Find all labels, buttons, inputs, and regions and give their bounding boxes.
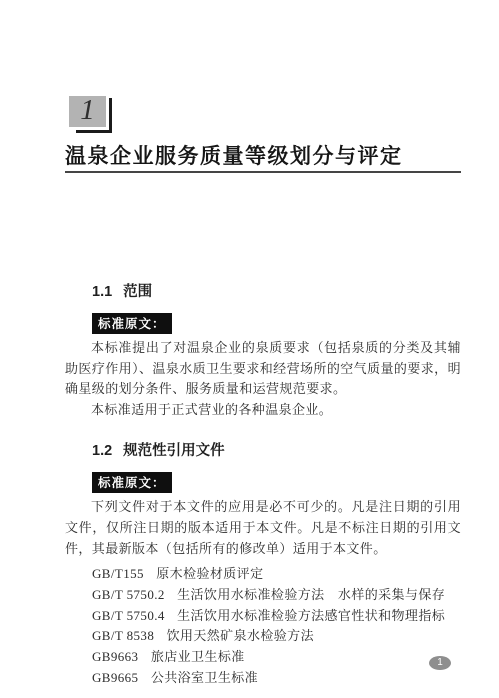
page-number: 1: [437, 657, 443, 668]
reference-code: GB9663: [92, 649, 138, 664]
paragraph: 下列文件对于本文件的应用是必不可少的。凡是注日期的引用文件，仅所注日期的版本适用…: [65, 497, 461, 559]
section: 1.2规范性引用文件 标准原文： 下列文件对于本文件的应用是必不可少的。凡是注日…: [65, 442, 461, 688]
section-title: 范围: [123, 284, 152, 300]
reference-code: GB/T 8538: [92, 628, 154, 643]
section-paragraphs: 本标准提出了对温泉企业的泉质要求（包括泉质的分类及其辅助医疗作用）、温泉水质卫生…: [65, 338, 461, 420]
reference-item: GB9663旅店业卫生标准: [92, 647, 461, 668]
section-number: 1.2: [92, 443, 112, 459]
section: 1.1范围 标准原文： 本标准提出了对温泉企业的泉质要求（包括泉质的分类及其辅助…: [65, 283, 461, 420]
paragraph: 本标准提出了对温泉企业的泉质要求（包括泉质的分类及其辅助医疗作用）、温泉水质卫生…: [65, 338, 461, 400]
reference-list: GB/T155原木检验材质评定GB/T 5750.2生活饮用水标准检验方法 水样…: [92, 564, 461, 688]
sections-container: 1.1范围 标准原文： 本标准提出了对温泉企业的泉质要求（包括泉质的分类及其辅助…: [65, 283, 461, 688]
standard-text-badge: 标准原文：: [92, 313, 172, 334]
reference-title: 原木检验材质评定: [156, 566, 263, 581]
page-number-badge: 1: [429, 656, 451, 670]
reference-code: GB/T 5750.4: [92, 608, 165, 623]
document-page: 1 温泉企业服务质量等级划分与评定 1.1范围 标准原文： 本标准提出了对温泉企…: [0, 0, 499, 698]
reference-code: GB/T155: [92, 566, 144, 581]
reference-item: GB/T155原木检验材质评定: [92, 564, 461, 585]
reference-title: 生活饮用水标准检验方法 水样的采集与保存: [177, 587, 445, 602]
section-heading: 1.2规范性引用文件: [92, 442, 461, 460]
title-divider: [65, 171, 461, 173]
page-title: 温泉企业服务质量等级划分与评定: [65, 143, 461, 169]
reference-code: GB/T 5750.2: [92, 587, 165, 602]
paragraph: 本标准适用于正式营业的各种温泉企业。: [65, 400, 461, 421]
reference-item: GB/T 5750.2生活饮用水标准检验方法 水样的采集与保存: [92, 585, 461, 606]
badge-row: 标准原文：: [92, 313, 461, 334]
section-heading: 1.1范围: [92, 283, 461, 301]
section-title: 规范性引用文件: [123, 443, 225, 459]
section-number: 1.1: [92, 284, 112, 300]
reference-title: 旅店业卫生标准: [151, 649, 245, 664]
reference-item: GB/T 8538饮用天然矿泉水检验方法: [92, 626, 461, 647]
reference-title: 饮用天然矿泉水检验方法: [167, 628, 314, 643]
reference-title: 公共浴室卫生标准: [151, 670, 258, 685]
standard-text-badge: 标准原文：: [92, 472, 172, 493]
reference-code: GB9665: [92, 670, 138, 685]
section-paragraphs: 下列文件对于本文件的应用是必不可少的。凡是注日期的引用文件，仅所注日期的版本适用…: [65, 497, 461, 559]
reference-item: GB/T 5750.4生活饮用水标准检验方法感官性状和物理指标: [92, 606, 461, 627]
badge-row: 标准原文：: [92, 472, 461, 493]
reference-title: 生活饮用水标准检验方法感官性状和物理指标: [177, 608, 445, 623]
reference-item: GB9665公共浴室卫生标准: [92, 668, 461, 689]
page-content: 温泉企业服务质量等级划分与评定 1.1范围 标准原文： 本标准提出了对温泉企业的…: [65, 0, 461, 688]
